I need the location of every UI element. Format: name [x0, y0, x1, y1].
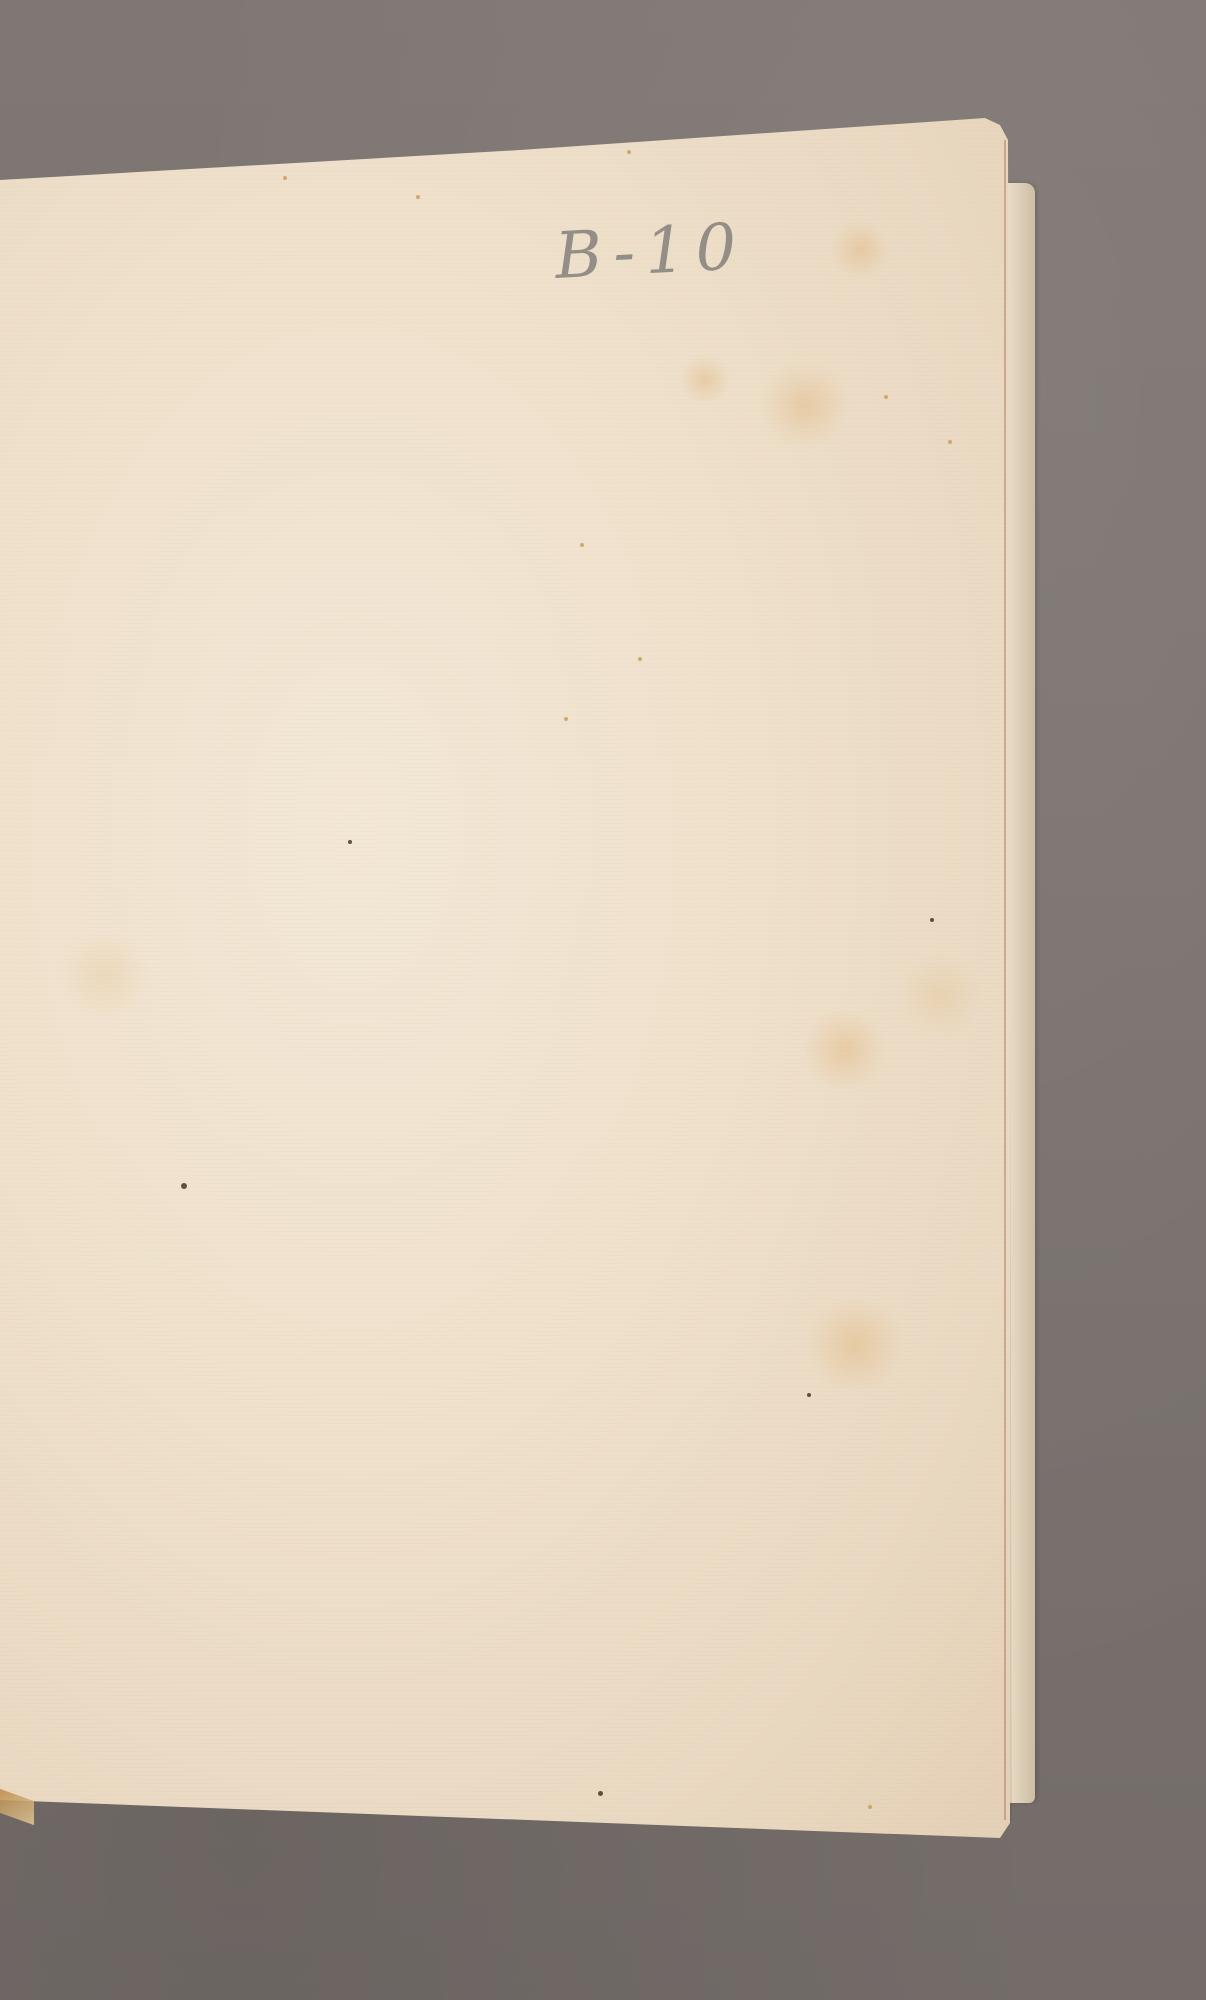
- foxing-stain: [900, 950, 980, 1040]
- foxing-stain: [800, 1300, 910, 1390]
- paper-speck: [930, 918, 934, 922]
- foxing-stain: [60, 930, 150, 1020]
- paper-speck: [348, 840, 352, 844]
- paper-speck: [416, 195, 420, 199]
- paper-speck: [948, 440, 952, 444]
- book-page: B-10: [0, 0, 1010, 1840]
- paper-speck: [807, 1393, 811, 1397]
- paper-speck: [598, 1791, 603, 1796]
- foxing-stain: [680, 355, 730, 405]
- page-edge-line: [1004, 140, 1006, 1820]
- paper-speck: [564, 717, 568, 721]
- foxing-stain: [830, 220, 890, 280]
- paper-speck: [868, 1805, 872, 1809]
- paper-speck: [638, 657, 642, 661]
- paper-speck: [283, 176, 287, 180]
- paper-speck: [627, 150, 631, 154]
- paper-speck: [181, 1183, 187, 1189]
- foxing-stain: [760, 360, 850, 450]
- foxing-stain: [800, 1010, 890, 1090]
- paper-speck: [884, 395, 888, 399]
- handwritten-shelfmark: B-10: [553, 210, 748, 294]
- paper-speck: [580, 543, 584, 547]
